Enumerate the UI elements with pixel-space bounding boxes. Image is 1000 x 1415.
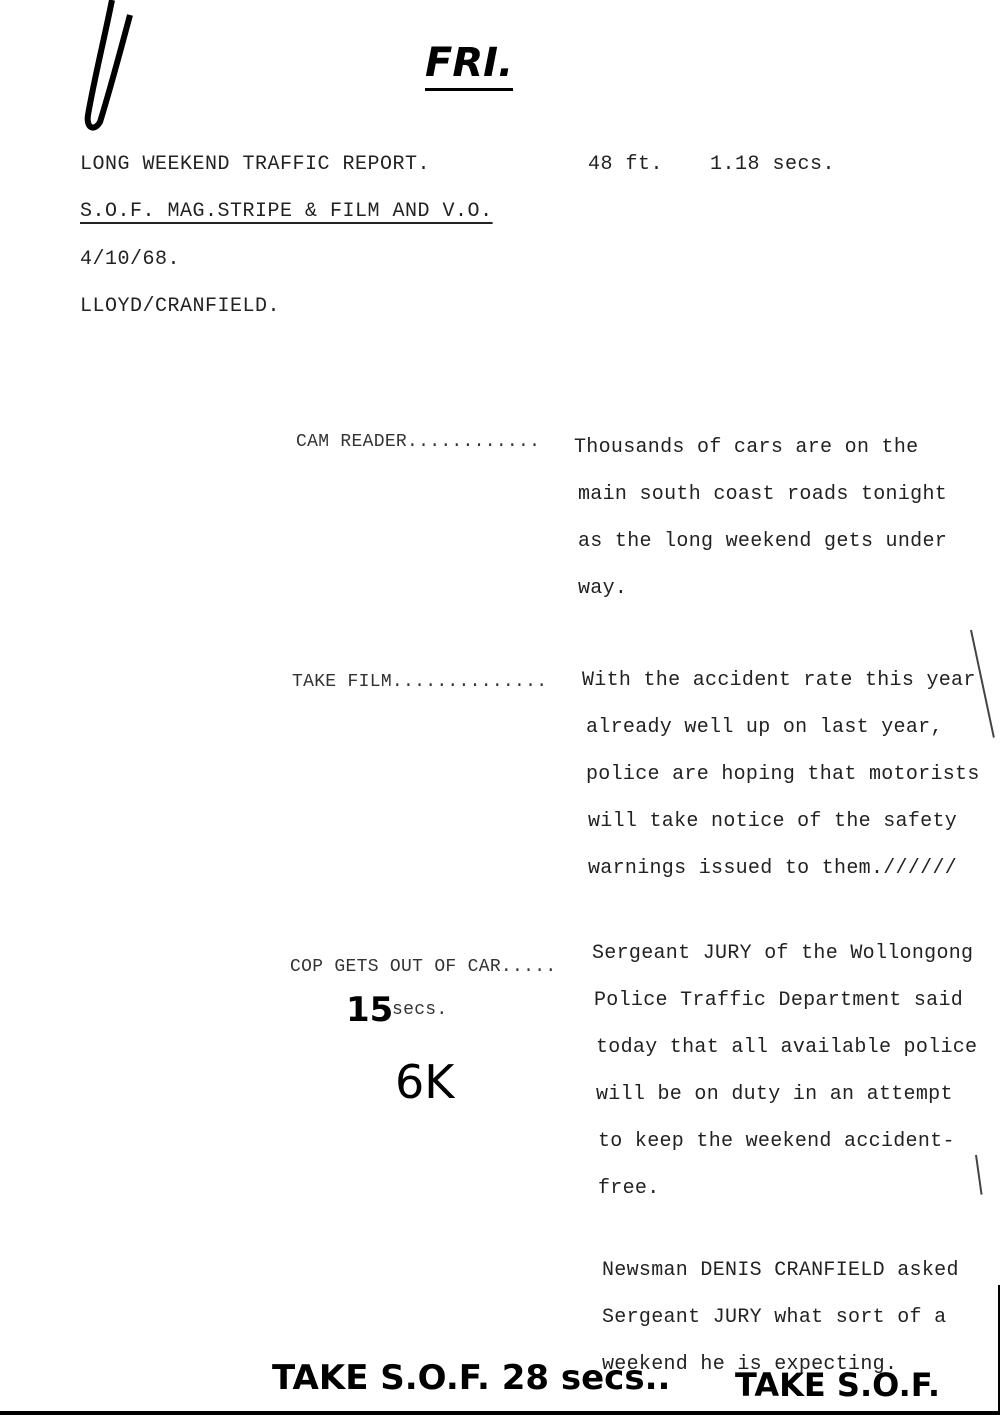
- script-line: today that all available police: [596, 1024, 977, 1071]
- handwritten-take-sof-right: TAKE S.O.F.: [735, 1366, 940, 1404]
- script-line: Newsman DENIS CRANFIELD asked: [602, 1247, 959, 1294]
- cop-duration-unit: secs.: [392, 1000, 448, 1020]
- margin-scratch: [975, 1155, 983, 1195]
- script-line: will be on duty in an attempt: [596, 1071, 953, 1118]
- script-line: already well up on last year,: [586, 704, 943, 751]
- script-line: main south coast roads tonight: [578, 471, 947, 518]
- cue-cop-gets-out-of-car: COP GETS OUT OF CAR.....: [290, 957, 556, 977]
- script-line: as the long weekend gets under: [578, 518, 947, 565]
- paper-clip-mark: [82, 0, 142, 135]
- script-line: way.: [578, 565, 627, 612]
- script-line: will take notice of the safety: [588, 798, 957, 845]
- handwritten-take-sof-left: TAKE S.O.F. 28 secs..: [272, 1358, 670, 1398]
- script-line: Police Traffic Department said: [594, 977, 963, 1024]
- story-date: 4/10/68.: [80, 248, 180, 271]
- film-length: 48 ft.: [588, 153, 663, 176]
- script-line: Sergeant JURY what sort of a: [602, 1294, 946, 1341]
- script-line: free.: [598, 1165, 660, 1212]
- cue-take-film: TAKE FILM..............: [292, 672, 547, 692]
- story-duration: 1.18 secs.: [710, 153, 835, 176]
- handwritten-cop-duration: 15: [346, 990, 393, 1030]
- script-line: With the accident rate this year: [582, 657, 976, 704]
- handwritten-day: FRI.: [425, 40, 513, 91]
- script-line: warnings issued to them.//////: [588, 845, 957, 892]
- story-title: LONG WEEKEND TRAFFIC REPORT.: [80, 153, 430, 176]
- script-line: to keep the weekend accident-: [598, 1118, 955, 1165]
- story-format: S.O.F. MAG.STRIPE & FILM AND V.O.: [80, 200, 493, 223]
- page-bottom-edge: [0, 1411, 1000, 1415]
- story-credits: LLOYD/CRANFIELD.: [80, 295, 280, 318]
- cue-cam-reader: CAM READER............: [296, 432, 540, 452]
- script-line: police are hoping that motorists: [586, 751, 980, 798]
- script-line: Sergeant JURY of the Wollongong: [592, 930, 973, 977]
- script-line: Thousands of cars are on the: [574, 424, 918, 471]
- handwritten-mark: 6K: [395, 1055, 454, 1109]
